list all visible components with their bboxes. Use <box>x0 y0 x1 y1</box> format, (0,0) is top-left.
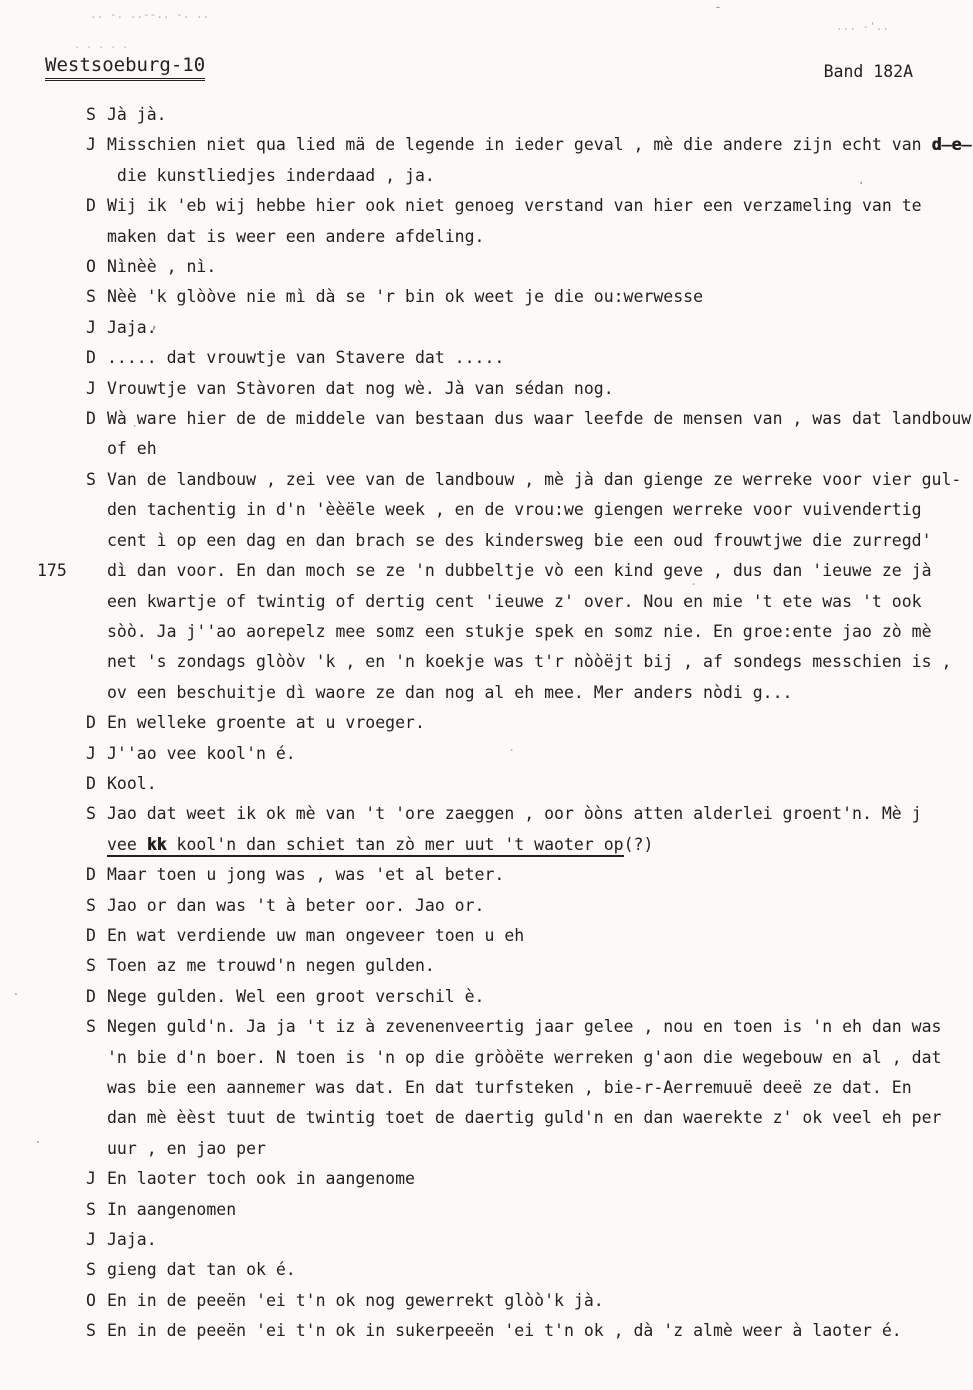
transcript-line: ONìnèè , nì. <box>37 252 973 282</box>
text-segment: En in de peeën 'ei t'n ok nog gewerrekt … <box>107 1291 604 1310</box>
text-segment: Nèè 'k glòòve nie mì dà se 'r bin ok wee… <box>107 287 703 306</box>
line-text: vee kk kool'n dan schiet tan zò mer uut … <box>107 830 973 860</box>
line-text: Nege gulden. Wel een groot verschil è. <box>107 982 973 1012</box>
speaker-label <box>86 526 107 556</box>
transcript-line: of eh <box>37 434 973 464</box>
transcript-line: DWij ik 'eb wij hebbe hier ook niet geno… <box>37 191 973 221</box>
margin-line-number <box>37 830 86 860</box>
transcript-line: Sgieng dat tan ok é. <box>37 1255 973 1285</box>
line-text: En laoter toch ook in aangenome <box>107 1164 973 1194</box>
line-text: Maar toen u jong was , was 'et al beter. <box>107 860 973 890</box>
line-text: maken dat is weer een andere afdeling. <box>107 222 973 252</box>
speaker-label <box>86 1103 107 1133</box>
underlined-text: kool'n dan schiet tan zò mer uut 't waot… <box>167 835 624 857</box>
margin-line-number <box>37 495 86 525</box>
transcript-line: SNegen guld'n. Ja ja 't iz à zevenenveer… <box>37 1012 973 1042</box>
text-segment: net 's zondags glòòv 'k , en 'n koekje w… <box>107 652 951 671</box>
margin-line-number <box>37 769 86 799</box>
speaker-label: D <box>86 982 107 1012</box>
line-text: Negen guld'n. Ja ja 't iz à zevenenveert… <box>107 1012 973 1042</box>
text-segment: Wij ik 'eb wij hebbe hier ook niet genoe… <box>107 196 922 215</box>
transcript-line: JJaja. <box>37 1225 973 1255</box>
speaker-label: J <box>86 1225 107 1255</box>
margin-line-number <box>37 921 86 951</box>
text-segment: Misschien niet qua lied mä de legende in… <box>107 135 932 154</box>
line-text: een kwartje of twintig of dertig cent 'i… <box>107 587 973 617</box>
margin-line-number <box>37 951 86 981</box>
speaker-label <box>86 617 107 647</box>
line-text: Vrouwtje van Stàvoren dat nog wè. Jà van… <box>107 374 973 404</box>
text-segment: En laoter toch ook in aangenome <box>107 1169 415 1188</box>
margin-line-number <box>37 1103 86 1133</box>
speaker-label <box>86 434 107 464</box>
text-segment: Vrouwtje van Stàvoren dat nog wè. Jà van… <box>107 379 614 398</box>
margin-line-number <box>37 1043 86 1073</box>
text-segment: sòò. Ja j''ao aorepelz mee somz een stuk… <box>107 622 932 641</box>
transcript-line: SNèè 'k glòòve nie mì dà se 'r bin ok we… <box>37 282 973 312</box>
speaker-label: D <box>86 191 107 221</box>
page-title: Westsoeburg-10 <box>45 54 205 81</box>
line-text: net 's zondags glòòv 'k , en 'n koekje w… <box>107 647 973 677</box>
transcript-line: JJaja. <box>37 313 973 343</box>
text-segment: die kunstliedjes inderdaad , ja. <box>107 166 435 185</box>
line-text: sòò. Ja j''ao aorepelz mee somz een stuk… <box>107 617 973 647</box>
speaker-label: S <box>86 951 107 981</box>
line-text: gieng dat tan ok é. <box>107 1255 973 1285</box>
line-text: Jà jà. <box>107 100 973 130</box>
text-segment: (?) <box>624 835 654 854</box>
text-segment: Van de landbouw , zei vee van de landbou… <box>107 470 961 489</box>
transcript-line: een kwartje of twintig of dertig cent 'i… <box>37 587 973 617</box>
line-text: 'n bie d'n boer. N toen is 'n op die grò… <box>107 1043 973 1073</box>
margin-line-number <box>37 799 86 829</box>
margin-line-number <box>37 161 86 191</box>
transcript-line: JEn laoter toch ook in aangenome <box>37 1164 973 1194</box>
text-segment: 'n bie d'n boer. N toen is 'n op die grò… <box>107 1048 941 1067</box>
text-segment: J''ao vee kool'n é. <box>107 744 296 763</box>
speaker-label <box>86 495 107 525</box>
line-text: den tachentig in d'n 'èèële week , en de… <box>107 495 973 525</box>
transcript-line: SIn aangenomen <box>37 1195 973 1225</box>
text-segment: Jà jà. <box>107 105 167 124</box>
transcript-line: OEn in de peeën 'ei t'n ok nog gewerrekt… <box>37 1286 973 1316</box>
band-label: Band 182A <box>824 62 913 81</box>
speaker-label <box>86 161 107 191</box>
transcript-line: ov een beschuitje dì waore ze dan nog al… <box>37 678 973 708</box>
text-segment: Wà ware hier de de middele van bestaan d… <box>107 409 971 428</box>
transcript-line: DWà ware hier de de middele van bestaan … <box>37 404 973 434</box>
transcript-line: DKool. <box>37 769 973 799</box>
margin-line-number <box>37 130 86 160</box>
margin-line-number <box>37 678 86 708</box>
transcript-line: SVan de landbouw , zei vee van de landbo… <box>37 465 973 495</box>
transcript-line: SJà jà. <box>37 100 973 130</box>
speaker-label: D <box>86 343 107 373</box>
margin-line-number <box>37 1073 86 1103</box>
speaker-label: S <box>86 1255 107 1285</box>
transcript-line: DNege gulden. Wel een groot verschil è. <box>37 982 973 1012</box>
text-segment: maken dat is weer een andere afdeling. <box>107 227 485 246</box>
page-header: Westsoeburg-10 Band 182A <box>45 54 913 81</box>
margin-line-number <box>37 1134 86 1164</box>
margin-line-number <box>37 891 86 921</box>
underlined-text: vee <box>107 835 147 857</box>
text-segment: was bie een aannemer was dat. En dat tur… <box>107 1078 912 1097</box>
transcript-line: SJao dat weet ik ok mè van 't 'ore zaegg… <box>37 799 973 829</box>
speaker-label: J <box>86 374 107 404</box>
speaker-label <box>86 678 107 708</box>
line-text: die kunstliedjes inderdaad , ja. <box>107 161 973 191</box>
text-segment: Negen guld'n. Ja ja 't iz à zevenenveert… <box>107 1017 941 1036</box>
text-segment: cent ì op een dag en dan brach se des ki… <box>107 531 932 550</box>
speaker-label: S <box>86 282 107 312</box>
speaker-label: J <box>86 739 107 769</box>
transcript-line: 'n bie d'n boer. N toen is 'n op die grò… <box>37 1043 973 1073</box>
margin-line-number <box>37 465 86 495</box>
text-segment: ..... dat vrouwtje van Stavere dat ..... <box>107 348 504 367</box>
transcript-line: JJ''ao vee kool'n é. <box>37 739 973 769</box>
speaker-label: S <box>86 1195 107 1225</box>
scan-speck: . . . . . <box>74 40 128 51</box>
text-segment: En in de peeën 'ei t'n ok in sukerpeeën … <box>107 1321 902 1340</box>
speaker-label: D <box>86 404 107 434</box>
text-segment: En welleke groente at u vroeger. <box>107 713 425 732</box>
speaker-label: D <box>86 708 107 738</box>
speaker-label <box>86 222 107 252</box>
speaker-label: S <box>86 100 107 130</box>
speaker-label <box>86 1073 107 1103</box>
transcript-line: die kunstliedjes inderdaad , ja. <box>37 161 973 191</box>
speaker-label: D <box>86 769 107 799</box>
transcript-line: DMaar toen u jong was , was 'et al beter… <box>37 860 973 890</box>
text-segment: dan mè èèst tuut de twintig toet de daer… <box>107 1108 941 1127</box>
transcript-line: vee kk kool'n dan schiet tan zò mer uut … <box>37 830 973 860</box>
margin-line-number <box>37 647 86 677</box>
margin-line-number <box>37 252 86 282</box>
scan-speck: - <box>714 0 722 15</box>
speaker-label <box>86 556 107 586</box>
text-segment: En wat verdiende uw man ongeveer toen u … <box>107 926 524 945</box>
scan-speck: ... -'.. <box>836 20 889 33</box>
text-segment: Jaja. <box>107 318 157 337</box>
speaker-label: D <box>86 860 107 890</box>
line-text: En in de peeën 'ei t'n ok nog gewerrekt … <box>107 1286 973 1316</box>
text-segment: gieng dat tan ok é. <box>107 1260 296 1279</box>
margin-line-number: 175 <box>37 556 86 586</box>
line-text: Jao or dan was 't à beter oor. Jao or. <box>107 891 973 921</box>
line-text: Misschien niet qua lied mä de legende in… <box>107 130 973 160</box>
speaker-label: S <box>86 1012 107 1042</box>
line-text: Van de landbouw , zei vee van de landbou… <box>107 465 973 495</box>
text-segment: In aangenomen <box>107 1200 236 1219</box>
margin-line-number <box>37 1255 86 1285</box>
text-segment: d̶e̶ <box>932 135 972 154</box>
margin-line-number <box>37 434 86 464</box>
line-text: Jaja. <box>107 313 973 343</box>
line-text: cent ì op een dag en dan brach se des ki… <box>107 526 973 556</box>
margin-line-number <box>37 191 86 221</box>
margin-line-number <box>37 739 86 769</box>
transcript-line: DEn wat verdiende uw man ongeveer toen u… <box>37 921 973 951</box>
margin-line-number <box>37 1012 86 1042</box>
margin-line-number <box>37 526 86 556</box>
line-text: Toen az me trouwd'n negen gulden. <box>107 951 973 981</box>
text-segment: Jaja. <box>107 1230 157 1249</box>
transcript-line: D..... dat vrouwtje van Stavere dat ....… <box>37 343 973 373</box>
speaker-label: S <box>86 465 107 495</box>
transcript-line: den tachentig in d'n 'èèële week , en de… <box>37 495 973 525</box>
margin-line-number <box>37 222 86 252</box>
line-text: En welleke groente at u vroeger. <box>107 708 973 738</box>
text-segment: Nege gulden. Wel een groot verschil è. <box>107 987 485 1006</box>
margin-line-number <box>37 1195 86 1225</box>
speaker-label: J <box>86 130 107 160</box>
text-segment: uur , en jao per <box>107 1139 266 1158</box>
line-text: En in de peeën 'ei t'n ok in sukerpeeën … <box>107 1316 973 1346</box>
speaker-label: J <box>86 1164 107 1194</box>
line-text: dì dan voor. En dan moch se ze 'n dubbel… <box>107 556 973 586</box>
transcript-line: was bie een aannemer was dat. En dat tur… <box>37 1073 973 1103</box>
speaker-label: J <box>86 313 107 343</box>
text-segment: een kwartje of twintig of dertig cent 'i… <box>107 592 922 611</box>
text-segment: dì dan voor. En dan moch se ze 'n dubbel… <box>107 561 932 580</box>
speaker-label: O <box>86 252 107 282</box>
speaker-label <box>86 1043 107 1073</box>
margin-line-number <box>37 282 86 312</box>
line-text: Nèè 'k glòòve nie mì dà se 'r bin ok wee… <box>107 282 973 312</box>
transcript-line: 175dì dan voor. En dan moch se ze 'n dub… <box>37 556 973 586</box>
text-segment: Kool. <box>107 774 157 793</box>
margin-line-number <box>37 404 86 434</box>
line-text: En wat verdiende uw man ongeveer toen u … <box>107 921 973 951</box>
speaker-label: S <box>86 891 107 921</box>
text-segment: Jao or dan was 't à beter oor. Jao or. <box>107 896 485 915</box>
margin-line-number <box>37 100 86 130</box>
line-text: ..... dat vrouwtje van Stavere dat ..... <box>107 343 973 373</box>
speaker-label: D <box>86 921 107 951</box>
transcript-line: dan mè èèst tuut de twintig toet de daer… <box>37 1103 973 1133</box>
margin-line-number <box>37 343 86 373</box>
margin-line-number <box>37 1225 86 1255</box>
margin-line-number <box>37 1286 86 1316</box>
margin-line-number <box>37 708 86 738</box>
speaker-label <box>86 647 107 677</box>
speaker-label <box>86 587 107 617</box>
transcript-line: SJao or dan was 't à beter oor. Jao or. <box>37 891 973 921</box>
margin-line-number <box>37 1316 86 1346</box>
underlined-text: kk <box>147 835 167 857</box>
transcript-line: net 's zondags glòòv 'k , en 'n koekje w… <box>37 647 973 677</box>
line-text: In aangenomen <box>107 1195 973 1225</box>
scanned-transcript-page: .. -. ..--.. -. ... . . . .... -'..-.,..… <box>0 0 973 1390</box>
speaker-label <box>86 1134 107 1164</box>
transcript-line: DEn welleke groente at u vroeger. <box>37 708 973 738</box>
text-segment: Jao dat weet ik ok mè van 't 'ore zaegge… <box>107 804 922 823</box>
speaker-label: O <box>86 1286 107 1316</box>
text-segment: Maar toen u jong was , was 'et al beter. <box>107 865 504 884</box>
line-text: Wij ik 'eb wij hebbe hier ook niet genoe… <box>107 191 973 221</box>
text-segment: Nìnèè , nì. <box>107 257 216 276</box>
transcript-line: cent ì op een dag en dan brach se des ki… <box>37 526 973 556</box>
text-segment: Toen az me trouwd'n negen gulden. <box>107 956 435 975</box>
line-text: dan mè èèst tuut de twintig toet de daer… <box>107 1103 973 1133</box>
transcript-line: uur , en jao per <box>37 1134 973 1164</box>
transcript-line: JVrouwtje van Stàvoren dat nog wè. Jà va… <box>37 374 973 404</box>
transcript-body: SJà jà.JMisschien niet qua lied mä de le… <box>37 100 973 1347</box>
transcript-line: JMisschien niet qua lied mä de legende i… <box>37 130 973 160</box>
line-text: Jaja. <box>107 1225 973 1255</box>
scan-speck: . <box>12 984 20 999</box>
margin-line-number <box>37 313 86 343</box>
speaker-label: S <box>86 1316 107 1346</box>
margin-line-number <box>37 1164 86 1194</box>
margin-line-number <box>37 982 86 1012</box>
line-text: Wà ware hier de de middele van bestaan d… <box>107 404 973 434</box>
line-text: uur , en jao per <box>107 1134 973 1164</box>
transcript-line: SToen az me trouwd'n negen gulden. <box>37 951 973 981</box>
margin-line-number <box>37 374 86 404</box>
transcript-line: sòò. Ja j''ao aorepelz mee somz een stuk… <box>37 617 973 647</box>
line-text: was bie een aannemer was dat. En dat tur… <box>107 1073 973 1103</box>
line-text: Jao dat weet ik ok mè van 't 'ore zaegge… <box>107 799 973 829</box>
speaker-label <box>86 830 107 860</box>
transcript-line: SEn in de peeën 'ei t'n ok in sukerpeeën… <box>37 1316 973 1346</box>
margin-line-number <box>37 617 86 647</box>
transcript-line: maken dat is weer een andere afdeling. <box>37 222 973 252</box>
speaker-label: S <box>86 799 107 829</box>
line-text: ov een beschuitje dì waore ze dan nog al… <box>107 678 973 708</box>
scan-speck: .. -. ..--.. -. .. <box>90 8 209 21</box>
margin-line-number <box>37 587 86 617</box>
text-segment: ov een beschuitje dì waore ze dan nog al… <box>107 683 792 702</box>
text-segment: den tachentig in d'n 'èèële week , en de… <box>107 500 922 519</box>
text-segment: of eh <box>107 439 157 458</box>
line-text: Kool. <box>107 769 973 799</box>
line-text: J''ao vee kool'n é. <box>107 739 973 769</box>
line-text: Nìnèè , nì. <box>107 252 973 282</box>
margin-line-number <box>37 860 86 890</box>
line-text: of eh <box>107 434 973 464</box>
